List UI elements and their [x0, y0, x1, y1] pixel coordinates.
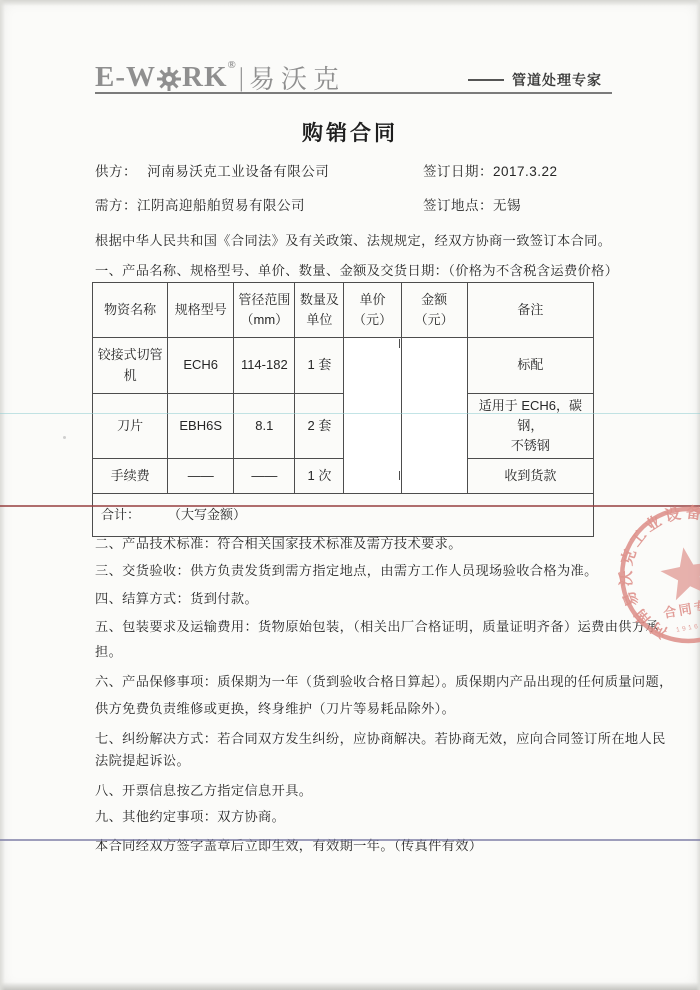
effective-clause: 本合同经双方签字盖章后立即生效，有效期一年。（传真件有效）	[95, 835, 482, 854]
cell-model: ECH6	[168, 338, 234, 394]
sign-place-line: 签订地点：无锡	[423, 194, 521, 214]
logo-latin-right: RK	[182, 63, 228, 92]
supplier-line: 供方： 河南易沃克工业设备有限公司	[95, 160, 329, 180]
cell-qty: 1 次	[295, 459, 344, 494]
sign-place-label: 签订地点：	[423, 198, 493, 213]
cell-material: 手续费	[93, 459, 168, 494]
total-cell: 合计：（大写金额）	[93, 494, 594, 537]
clause-one: 一、产品名称、规格型号、单价、数量、金额及交货日期：（价格为不含税含运费价格）	[95, 260, 618, 279]
intro-paragraph: 根据中华人民共和国《合同法》及有关政策、法规规定，经双方协商一致签订本合同。	[95, 230, 611, 249]
clause-line: 九、其他约定事项：双方协商。	[95, 806, 285, 825]
clause-line: 五、包装要求及运输费用：货物原始包装，（相关出厂合格证明，质量证明齐备）运费由供…	[95, 616, 659, 635]
cell-qty: 1 套	[295, 338, 344, 394]
cell-remark: 适用于 ECH6，碳钢， 不锈钢	[467, 394, 593, 459]
scan-tick	[399, 339, 400, 348]
clause-line: 四、结算方式：货到付款。	[95, 588, 258, 607]
scan-line-artifact	[0, 413, 700, 414]
clause-line: 担。	[95, 641, 122, 660]
col-header-qty-unit: 数量及 单位	[295, 283, 344, 338]
scan-line-artifact	[0, 839, 700, 841]
cell-qty: 2 套	[295, 394, 344, 459]
cell-model: ——	[168, 459, 234, 494]
logo-chinese-name: 易沃克	[249, 66, 345, 92]
scan-edge-bottom	[0, 982, 700, 990]
header-tagline: 管道处理专家	[468, 70, 612, 90]
scan-tick	[399, 471, 400, 480]
col-header-remark: 备注	[467, 283, 593, 338]
sign-place-value: 无锡	[493, 198, 521, 213]
sign-date-value: 2017.3.22	[493, 164, 558, 179]
cell-pipe-range: 8.1	[234, 394, 295, 459]
col-header-unit-price: 单价 （元）	[344, 283, 401, 338]
cell-material: 铰接式切管机	[93, 338, 168, 394]
clause-line: 三、交货验收：供方负责发货到需方指定地点，由需方工作人员现场验收合格为准。	[95, 560, 598, 579]
table-header-row: 物资名称 规格型号 管径范围 （mm） 数量及 单位 单价 （元） 金额 （元）…	[93, 283, 594, 338]
col-header-amount: 金额 （元）	[401, 283, 467, 338]
tagline-text: 管道处理专家	[512, 70, 602, 90]
clause-line: 七、纠纷解决方式：若合同双方发生纠纷，应协商解决。若协商无效，应向合同签订所在地…	[95, 728, 666, 747]
cell-model: EBH6S	[168, 394, 234, 459]
goods-table: 物资名称 规格型号 管径范围 （mm） 数量及 单位 单价 （元） 金额 （元）…	[92, 282, 594, 537]
buyer-name: 江阴高迎船舶贸易有限公司	[137, 198, 305, 213]
table-row: 刀片 EBH6S 8.1 2 套 适用于 ECH6，碳钢， 不锈钢	[93, 394, 594, 459]
cell-amount-redacted	[401, 338, 467, 494]
registered-mark-icon: ®	[228, 60, 237, 71]
clause-line: 八、开票信息按乙方指定信息开具。	[95, 780, 312, 799]
sign-date-label: 签订日期：	[423, 164, 493, 179]
cell-remark: 标配	[467, 338, 593, 394]
header-rule	[95, 92, 612, 94]
table-row: 铰接式切管机 ECH6 114-182 1 套 标配	[93, 338, 594, 394]
page-title: 购销合同	[0, 117, 700, 147]
table-total-row: 合计：（大写金额）	[93, 494, 594, 537]
buyer-line: 需方：江阴高迎船舶贸易有限公司	[95, 194, 305, 214]
clause-line: 供方免费负责维修或更换，终身维护（刀片等易耗品除外）。	[95, 698, 455, 717]
supplier-label: 供方：	[95, 164, 137, 179]
cell-pipe-range: 114-182	[234, 338, 295, 394]
clause-line: 二、产品技术标准：符合相关国家技术标准及需方技术要求。	[95, 533, 462, 552]
clause-line: 法院提起诉讼。	[95, 750, 190, 769]
company-seal-stamp: 河南易沃克工业设备 合同专用 1916201	[590, 476, 700, 673]
logo-latin: E-W RK ®	[95, 63, 249, 92]
cell-material: 刀片	[93, 394, 168, 459]
scan-edge-left	[0, 0, 5, 990]
seal-star-icon	[657, 543, 700, 602]
total-amount-in-words-placeholder: （大写金额）	[168, 507, 246, 522]
gear-icon	[157, 67, 181, 91]
seal-serial-number: 1916201	[676, 620, 700, 634]
buyer-label: 需方：	[95, 198, 137, 213]
scan-edge-top	[0, 0, 700, 6]
tagline-dash	[468, 79, 504, 81]
scan-speck	[63, 436, 66, 439]
col-header-model: 规格型号	[168, 283, 234, 338]
logo-latin-left: E-W	[95, 63, 156, 92]
clause-line: 六、产品保修事项：质保期为一年（货到验收合格日算起）。质保期内产品出现的任何质量…	[95, 671, 673, 690]
logo-divider: |	[239, 65, 245, 91]
cell-pipe-range: ——	[234, 459, 295, 494]
supplier-name: 河南易沃克工业设备有限公司	[147, 164, 329, 179]
cell-unit-price-redacted	[344, 338, 401, 494]
total-label: 合计：	[101, 507, 140, 522]
seal-center-text: 合同专用	[662, 595, 700, 621]
table-row: 手续费 —— —— 1 次 收到货款	[93, 459, 594, 494]
cell-remark: 收到货款	[467, 459, 593, 494]
col-header-pipe-range: 管径范围 （mm）	[234, 283, 295, 338]
sign-date-line: 签订日期：2017.3.22	[423, 160, 558, 180]
col-header-material: 物资名称	[93, 283, 168, 338]
contract-scan-page: E-W RK ®	[0, 0, 700, 990]
